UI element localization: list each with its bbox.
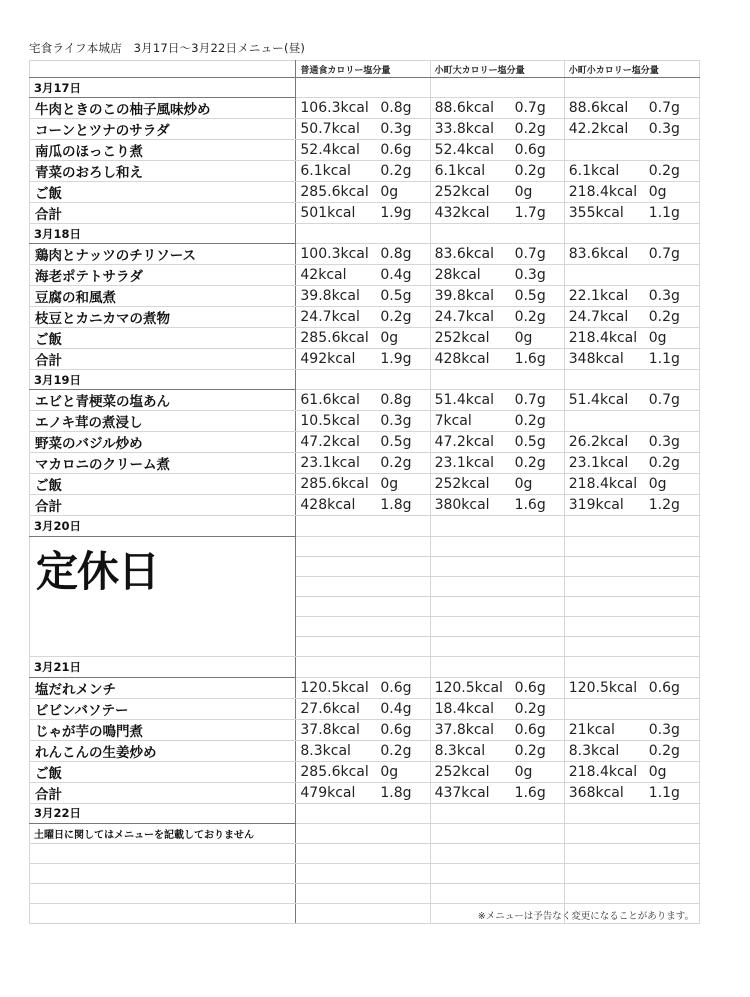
komachi-large-cell: 23.1kcal0.2g bbox=[430, 453, 564, 474]
salt-value: 1.8g bbox=[380, 497, 411, 513]
regular-cell: 10.5kcal0.3g bbox=[296, 411, 430, 432]
dish-name: 青菜のおろし和え bbox=[30, 161, 296, 182]
komachi-large-cell: 7kcal0.2g bbox=[430, 411, 564, 432]
salt-value: 0.6g bbox=[515, 142, 546, 158]
table-row: 塩だれメンチ120.5kcal0.6g120.5kcal0.6g120.5kca… bbox=[30, 677, 700, 698]
kcal-value: 120.5kcal bbox=[431, 680, 515, 696]
salt-value: 0.4g bbox=[380, 267, 411, 283]
salt-value: 0g bbox=[515, 330, 533, 346]
komachi-small-cell: 24.7kcal0.2g bbox=[564, 307, 699, 328]
regular-cell: 24.7kcal0.2g bbox=[296, 307, 430, 328]
kcal-value: 23.1kcal bbox=[431, 455, 515, 471]
kcal-value: 380kcal bbox=[431, 497, 515, 513]
kcal-value: 355kcal bbox=[565, 205, 649, 221]
empty-cell bbox=[430, 823, 564, 843]
kcal-value: 23.1kcal bbox=[296, 455, 380, 471]
salt-value: 0.3g bbox=[380, 121, 411, 137]
salt-value: 0g bbox=[649, 476, 667, 492]
komachi-large-cell: 6.1kcal0.2g bbox=[430, 161, 564, 182]
empty-cell bbox=[564, 863, 699, 883]
empty-cell bbox=[30, 884, 296, 904]
komachi-small-cell: 218.4kcal0g bbox=[564, 182, 699, 203]
empty-cell bbox=[564, 536, 699, 556]
regular-cell: 492kcal1.9g bbox=[296, 349, 430, 370]
menu-table: 普通食カロリー塩分量 小町大カロリー塩分量 小町小カロリー塩分量 3月17日牛肉… bbox=[29, 60, 700, 924]
empty-cell bbox=[430, 637, 564, 657]
kcal-value: 52.4kcal bbox=[296, 142, 380, 158]
dish-name: 塩だれメンチ bbox=[30, 677, 296, 698]
salt-value: 0.2g bbox=[515, 163, 546, 179]
komachi-small-cell: 218.4kcal0g bbox=[564, 328, 699, 349]
table-row: エノキ茸の煮浸し10.5kcal0.3g7kcal0.2g bbox=[30, 411, 700, 432]
table-row: 野菜のバジル炒め47.2kcal0.5g47.2kcal0.5g26.2kcal… bbox=[30, 432, 700, 453]
table-row: 牛肉ときのこの柚子風味炒め106.3kcal0.8g88.6kcal0.7g88… bbox=[30, 98, 700, 119]
date-label: 3月18日 bbox=[30, 224, 296, 244]
komachi-small-cell: 21kcal0.3g bbox=[564, 719, 699, 740]
kcal-value: 37.8kcal bbox=[431, 722, 515, 738]
kcal-value: 428kcal bbox=[431, 351, 515, 367]
komachi-small-cell: 42.2kcal0.3g bbox=[564, 119, 699, 140]
salt-value: 1.6g bbox=[515, 497, 546, 513]
komachi-large-cell: 88.6kcal0.7g bbox=[430, 98, 564, 119]
komachi-small-cell: 51.4kcal0.7g bbox=[564, 390, 699, 411]
kcal-value: 252kcal bbox=[431, 184, 515, 200]
komachi-small-cell: 319kcal1.2g bbox=[564, 495, 699, 516]
empty-cell bbox=[564, 224, 699, 244]
empty-cell bbox=[296, 370, 430, 390]
regular-cell: 42kcal0.4g bbox=[296, 265, 430, 286]
komachi-large-cell: 52.4kcal0.6g bbox=[430, 140, 564, 161]
salt-value: 0.6g bbox=[380, 142, 411, 158]
table-row: 合計492kcal1.9g428kcal1.6g348kcal1.1g bbox=[30, 349, 700, 370]
kcal-value: 88.6kcal bbox=[565, 100, 649, 116]
kcal-value: 52.4kcal bbox=[431, 142, 515, 158]
date-label: 3月17日 bbox=[30, 78, 296, 98]
salt-value: 0.3g bbox=[649, 288, 680, 304]
empty-cell bbox=[296, 617, 430, 637]
kcal-value: 285.6kcal bbox=[296, 476, 380, 492]
empty-cell bbox=[564, 556, 699, 576]
regular-cell: 8.3kcal0.2g bbox=[296, 740, 430, 761]
empty-cell bbox=[296, 576, 430, 596]
komachi-large-cell: 380kcal1.6g bbox=[430, 495, 564, 516]
empty-cell bbox=[564, 637, 699, 657]
komachi-large-cell: 37.8kcal0.6g bbox=[430, 719, 564, 740]
date-row: 3月21日 bbox=[30, 657, 700, 677]
dish-name: ビビンバソテー bbox=[30, 698, 296, 719]
kcal-value: 24.7kcal bbox=[431, 309, 515, 325]
empty-cell bbox=[564, 803, 699, 823]
kcal-value: 218.4kcal bbox=[565, 764, 649, 780]
regular-cell: 6.1kcal0.2g bbox=[296, 161, 430, 182]
table-row: 合計479kcal1.8g437kcal1.6g368kcal1.1g bbox=[30, 782, 700, 803]
header-komachi-large: 小町大カロリー塩分量 bbox=[430, 61, 564, 78]
kcal-value: 120.5kcal bbox=[296, 680, 380, 696]
salt-value: 0.6g bbox=[515, 722, 546, 738]
kcal-value: 7kcal bbox=[431, 413, 515, 429]
dish-name: コーンとツナのサラダ bbox=[30, 119, 296, 140]
date-row: 3月20日 bbox=[30, 516, 700, 536]
salt-value: 0.2g bbox=[380, 163, 411, 179]
empty-cell bbox=[430, 556, 564, 576]
komachi-small-cell bbox=[564, 698, 699, 719]
kcal-value: 492kcal bbox=[296, 351, 380, 367]
empty-cell bbox=[564, 657, 699, 677]
salt-value: 0g bbox=[380, 184, 398, 200]
dish-name: じゃが芋の鳴門煮 bbox=[30, 719, 296, 740]
table-row: コーンとツナのサラダ50.7kcal0.3g33.8kcal0.2g42.2kc… bbox=[30, 119, 700, 140]
salt-value: 0.7g bbox=[515, 246, 546, 262]
salt-value: 0g bbox=[649, 184, 667, 200]
komachi-large-cell: 252kcal0g bbox=[430, 474, 564, 495]
kcal-value: 88.6kcal bbox=[431, 100, 515, 116]
regular-cell: 100.3kcal0.8g bbox=[296, 244, 430, 265]
closed-row: 定休日 bbox=[30, 536, 700, 556]
regular-cell: 285.6kcal0g bbox=[296, 761, 430, 782]
kcal-value: 37.8kcal bbox=[296, 722, 380, 738]
empty-cell bbox=[296, 657, 430, 677]
salt-value: 0g bbox=[649, 764, 667, 780]
salt-value: 1.7g bbox=[515, 205, 546, 221]
footer-note: ※メニューは予告なく変更になることがあります。 bbox=[478, 908, 694, 922]
regular-cell: 50.7kcal0.3g bbox=[296, 119, 430, 140]
dish-name: 海老ポテトサラダ bbox=[30, 265, 296, 286]
note-row bbox=[30, 884, 700, 904]
salt-value: 0g bbox=[380, 330, 398, 346]
salt-value: 0.7g bbox=[649, 246, 680, 262]
regular-cell: 285.6kcal0g bbox=[296, 474, 430, 495]
dish-name: ご飯 bbox=[30, 182, 296, 203]
empty-cell bbox=[564, 576, 699, 596]
komachi-large-cell: 437kcal1.6g bbox=[430, 782, 564, 803]
table-row: 南瓜のほっこり煮52.4kcal0.6g52.4kcal0.6g bbox=[30, 140, 700, 161]
empty-cell bbox=[296, 803, 430, 823]
kcal-value: 61.6kcal bbox=[296, 392, 380, 408]
salt-value: 0.2g bbox=[515, 455, 546, 471]
dish-name: 南瓜のほっこり煮 bbox=[30, 140, 296, 161]
date-row: 3月22日 bbox=[30, 803, 700, 823]
regular-cell: 27.6kcal0.4g bbox=[296, 698, 430, 719]
dish-name: 合計 bbox=[30, 349, 296, 370]
komachi-small-cell bbox=[564, 140, 699, 161]
kcal-value: 50.7kcal bbox=[296, 121, 380, 137]
empty-cell bbox=[430, 803, 564, 823]
salt-value: 0.5g bbox=[515, 434, 546, 450]
kcal-value: 6.1kcal bbox=[431, 163, 515, 179]
empty-cell bbox=[296, 224, 430, 244]
komachi-large-cell: 428kcal1.6g bbox=[430, 349, 564, 370]
empty-cell bbox=[564, 884, 699, 904]
table-row: ご飯285.6kcal0g252kcal0g218.4kcal0g bbox=[30, 328, 700, 349]
komachi-small-cell: 355kcal1.1g bbox=[564, 203, 699, 224]
komachi-small-cell: 83.6kcal0.7g bbox=[564, 244, 699, 265]
table-row: 鶏肉とナッツのチリソース100.3kcal0.8g83.6kcal0.7g83.… bbox=[30, 244, 700, 265]
salt-value: 0.2g bbox=[380, 455, 411, 471]
komachi-large-cell: 432kcal1.7g bbox=[430, 203, 564, 224]
salt-value: 0g bbox=[380, 476, 398, 492]
salt-value: 0.5g bbox=[380, 288, 411, 304]
empty-cell bbox=[296, 78, 430, 98]
salt-value: 1.1g bbox=[649, 205, 680, 221]
komachi-small-cell: 6.1kcal0.2g bbox=[564, 161, 699, 182]
kcal-value: 39.8kcal bbox=[296, 288, 380, 304]
kcal-value: 252kcal bbox=[431, 764, 515, 780]
komachi-large-cell: 8.3kcal0.2g bbox=[430, 740, 564, 761]
komachi-small-cell: 26.2kcal0.3g bbox=[564, 432, 699, 453]
salt-value: 0.2g bbox=[649, 309, 680, 325]
komachi-small-cell: 23.1kcal0.2g bbox=[564, 453, 699, 474]
dish-name: 野菜のバジル炒め bbox=[30, 432, 296, 453]
komachi-small-cell: 120.5kcal0.6g bbox=[564, 677, 699, 698]
kcal-value: 39.8kcal bbox=[431, 288, 515, 304]
regular-cell: 39.8kcal0.5g bbox=[296, 286, 430, 307]
regular-cell: 37.8kcal0.6g bbox=[296, 719, 430, 740]
salt-value: 0.7g bbox=[649, 100, 680, 116]
date-row: 3月19日 bbox=[30, 370, 700, 390]
date-label: 3月20日 bbox=[30, 516, 296, 536]
regular-cell: 285.6kcal0g bbox=[296, 182, 430, 203]
salt-value: 0.5g bbox=[380, 434, 411, 450]
kcal-value: 6.1kcal bbox=[565, 163, 649, 179]
table-row: エビと青梗菜の塩あん61.6kcal0.8g51.4kcal0.7g51.4kc… bbox=[30, 390, 700, 411]
kcal-value: 368kcal bbox=[565, 785, 649, 801]
empty-cell bbox=[30, 904, 296, 924]
empty-cell bbox=[30, 843, 296, 863]
regular-cell: 52.4kcal0.6g bbox=[296, 140, 430, 161]
kcal-value: 42.2kcal bbox=[565, 121, 649, 137]
komachi-small-cell: 88.6kcal0.7g bbox=[564, 98, 699, 119]
date-label: 3月19日 bbox=[30, 370, 296, 390]
header-regular: 普通食カロリー塩分量 bbox=[296, 61, 430, 78]
salt-value: 0.2g bbox=[380, 743, 411, 759]
komachi-large-cell: 47.2kcal0.5g bbox=[430, 432, 564, 453]
dish-name: エビと青梗菜の塩あん bbox=[30, 390, 296, 411]
empty-cell bbox=[430, 536, 564, 556]
salt-value: 0.3g bbox=[649, 121, 680, 137]
kcal-value: 437kcal bbox=[431, 785, 515, 801]
empty-cell bbox=[430, 884, 564, 904]
table-row: 枝豆とカニカマの煮物24.7kcal0.2g24.7kcal0.2g24.7kc… bbox=[30, 307, 700, 328]
salt-value: 0.7g bbox=[515, 100, 546, 116]
empty-cell bbox=[564, 823, 699, 843]
salt-value: 0.8g bbox=[380, 100, 411, 116]
document-title: 宅食ライフ本城店 3月17日〜3月22日メニュー(昼) bbox=[29, 40, 305, 56]
kcal-value: 51.4kcal bbox=[431, 392, 515, 408]
salt-value: 0g bbox=[515, 184, 533, 200]
salt-value: 1.9g bbox=[380, 351, 411, 367]
komachi-large-cell: 33.8kcal0.2g bbox=[430, 119, 564, 140]
empty-cell bbox=[564, 370, 699, 390]
regular-cell: 120.5kcal0.6g bbox=[296, 677, 430, 698]
empty-cell bbox=[296, 904, 430, 924]
empty-cell bbox=[564, 617, 699, 637]
salt-value: 1.1g bbox=[649, 785, 680, 801]
salt-value: 1.6g bbox=[515, 785, 546, 801]
dish-name: 鶏肉とナッツのチリソース bbox=[30, 244, 296, 265]
kcal-value: 100.3kcal bbox=[296, 246, 380, 262]
table-row: ご飯285.6kcal0g252kcal0g218.4kcal0g bbox=[30, 182, 700, 203]
komachi-small-cell: 368kcal1.1g bbox=[564, 782, 699, 803]
kcal-value: 8.3kcal bbox=[296, 743, 380, 759]
kcal-value: 6.1kcal bbox=[296, 163, 380, 179]
dish-name: ご飯 bbox=[30, 328, 296, 349]
dish-name: 豆腐の和風煮 bbox=[30, 286, 296, 307]
salt-value: 0g bbox=[649, 330, 667, 346]
empty-cell bbox=[430, 617, 564, 637]
dish-name: 枝豆とカニカマの煮物 bbox=[30, 307, 296, 328]
regular-cell: 23.1kcal0.2g bbox=[296, 453, 430, 474]
salt-value: 1.2g bbox=[649, 497, 680, 513]
salt-value: 0.6g bbox=[380, 680, 411, 696]
komachi-large-cell: 252kcal0g bbox=[430, 761, 564, 782]
table-row: ご飯285.6kcal0g252kcal0g218.4kcal0g bbox=[30, 761, 700, 782]
salt-value: 0.3g bbox=[380, 413, 411, 429]
empty-cell bbox=[430, 863, 564, 883]
table-row: マカロニのクリーム煮23.1kcal0.2g23.1kcal0.2g23.1kc… bbox=[30, 453, 700, 474]
regular-cell: 479kcal1.8g bbox=[296, 782, 430, 803]
komachi-small-cell: 348kcal1.1g bbox=[564, 349, 699, 370]
note-row bbox=[30, 863, 700, 883]
kcal-value: 218.4kcal bbox=[565, 330, 649, 346]
kcal-value: 51.4kcal bbox=[565, 392, 649, 408]
kcal-value: 285.6kcal bbox=[296, 184, 380, 200]
regular-cell: 428kcal1.8g bbox=[296, 495, 430, 516]
table-row: ビビンバソテー27.6kcal0.4g18.4kcal0.2g bbox=[30, 698, 700, 719]
kcal-value: 106.3kcal bbox=[296, 100, 380, 116]
salt-value: 0.3g bbox=[649, 434, 680, 450]
dish-name: 合計 bbox=[30, 203, 296, 224]
salt-value: 0.2g bbox=[515, 309, 546, 325]
empty-cell bbox=[564, 78, 699, 98]
kcal-value: 42kcal bbox=[296, 267, 380, 283]
table-row: ご飯285.6kcal0g252kcal0g218.4kcal0g bbox=[30, 474, 700, 495]
salt-value: 0.2g bbox=[515, 121, 546, 137]
header-row: 普通食カロリー塩分量 小町大カロリー塩分量 小町小カロリー塩分量 bbox=[30, 61, 700, 78]
header-komachi-small: 小町小カロリー塩分量 bbox=[564, 61, 699, 78]
kcal-value: 28kcal bbox=[431, 267, 515, 283]
komachi-large-cell: 83.6kcal0.7g bbox=[430, 244, 564, 265]
kcal-value: 27.6kcal bbox=[296, 701, 380, 717]
empty-cell bbox=[296, 823, 430, 843]
salt-value: 1.9g bbox=[380, 205, 411, 221]
empty-cell bbox=[564, 843, 699, 863]
empty-cell bbox=[564, 516, 699, 536]
dish-name: マカロニのクリーム煮 bbox=[30, 453, 296, 474]
kcal-value: 24.7kcal bbox=[296, 309, 380, 325]
empty-cell bbox=[296, 843, 430, 863]
komachi-large-cell: 51.4kcal0.7g bbox=[430, 390, 564, 411]
empty-cell bbox=[430, 596, 564, 616]
kcal-value: 83.6kcal bbox=[431, 246, 515, 262]
dish-name: 合計 bbox=[30, 495, 296, 516]
empty-cell bbox=[296, 637, 430, 657]
empty-cell bbox=[296, 516, 430, 536]
note-row: 土曜日に関してはメニューを記載しておりません bbox=[30, 823, 700, 843]
table-row: 合計428kcal1.8g380kcal1.6g319kcal1.2g bbox=[30, 495, 700, 516]
table-row: じゃが芋の鳴門煮37.8kcal0.6g37.8kcal0.6g21kcal0.… bbox=[30, 719, 700, 740]
kcal-value: 47.2kcal bbox=[296, 434, 380, 450]
komachi-large-cell: 252kcal0g bbox=[430, 182, 564, 203]
salt-value: 0g bbox=[515, 764, 533, 780]
komachi-large-cell: 120.5kcal0.6g bbox=[430, 677, 564, 698]
salt-value: 0.5g bbox=[515, 288, 546, 304]
kcal-value: 22.1kcal bbox=[565, 288, 649, 304]
kcal-value: 252kcal bbox=[431, 476, 515, 492]
kcal-value: 83.6kcal bbox=[565, 246, 649, 262]
salt-value: 0.6g bbox=[649, 680, 680, 696]
kcal-value: 23.1kcal bbox=[565, 455, 649, 471]
kcal-value: 33.8kcal bbox=[431, 121, 515, 137]
kcal-value: 218.4kcal bbox=[565, 476, 649, 492]
date-label: 3月22日 bbox=[30, 803, 296, 823]
empty-cell bbox=[430, 576, 564, 596]
kcal-value: 21kcal bbox=[565, 722, 649, 738]
komachi-small-cell: 8.3kcal0.2g bbox=[564, 740, 699, 761]
salt-value: 0g bbox=[380, 764, 398, 780]
regular-cell: 61.6kcal0.8g bbox=[296, 390, 430, 411]
regular-cell: 285.6kcal0g bbox=[296, 328, 430, 349]
komachi-small-cell: 218.4kcal0g bbox=[564, 474, 699, 495]
komachi-large-cell: 24.7kcal0.2g bbox=[430, 307, 564, 328]
empty-cell bbox=[430, 516, 564, 536]
kcal-value: 432kcal bbox=[431, 205, 515, 221]
empty-cell bbox=[430, 224, 564, 244]
komachi-large-cell: 18.4kcal0.2g bbox=[430, 698, 564, 719]
empty-cell bbox=[430, 370, 564, 390]
salt-value: 0.7g bbox=[649, 392, 680, 408]
dish-name: エノキ茸の煮浸し bbox=[30, 411, 296, 432]
regular-cell: 47.2kcal0.5g bbox=[296, 432, 430, 453]
kcal-value: 428kcal bbox=[296, 497, 380, 513]
komachi-small-cell: 218.4kcal0g bbox=[564, 761, 699, 782]
salt-value: 0.2g bbox=[649, 743, 680, 759]
salt-value: 0.3g bbox=[649, 722, 680, 738]
empty-cell bbox=[564, 596, 699, 616]
kcal-value: 501kcal bbox=[296, 205, 380, 221]
empty-cell bbox=[296, 863, 430, 883]
salt-value: 0.3g bbox=[515, 267, 546, 283]
kcal-value: 10.5kcal bbox=[296, 413, 380, 429]
empty-cell bbox=[296, 556, 430, 576]
salt-value: 0.2g bbox=[515, 701, 546, 717]
salt-value: 0.2g bbox=[515, 743, 546, 759]
salt-value: 0.2g bbox=[380, 309, 411, 325]
salt-value: 0.8g bbox=[380, 392, 411, 408]
salt-value: 1.8g bbox=[380, 785, 411, 801]
empty-cell bbox=[430, 657, 564, 677]
kcal-value: 319kcal bbox=[565, 497, 649, 513]
regular-cell: 501kcal1.9g bbox=[296, 203, 430, 224]
kcal-value: 285.6kcal bbox=[296, 330, 380, 346]
saturday-note: 土曜日に関してはメニューを記載しておりません bbox=[30, 823, 296, 843]
kcal-value: 218.4kcal bbox=[565, 184, 649, 200]
empty-cell bbox=[296, 596, 430, 616]
date-label: 3月21日 bbox=[30, 657, 296, 677]
salt-value: 0.6g bbox=[515, 680, 546, 696]
salt-value: 1.6g bbox=[515, 351, 546, 367]
date-row: 3月18日 bbox=[30, 224, 700, 244]
salt-value: 0.2g bbox=[649, 455, 680, 471]
salt-value: 0.2g bbox=[515, 413, 546, 429]
kcal-value: 479kcal bbox=[296, 785, 380, 801]
table-row: 青菜のおろし和え6.1kcal0.2g6.1kcal0.2g6.1kcal0.2… bbox=[30, 161, 700, 182]
kcal-value: 285.6kcal bbox=[296, 764, 380, 780]
table-row: 豆腐の和風煮39.8kcal0.5g39.8kcal0.5g22.1kcal0.… bbox=[30, 286, 700, 307]
empty-cell bbox=[30, 863, 296, 883]
kcal-value: 26.2kcal bbox=[565, 434, 649, 450]
dish-name: 合計 bbox=[30, 782, 296, 803]
komachi-small-cell: 22.1kcal0.3g bbox=[564, 286, 699, 307]
